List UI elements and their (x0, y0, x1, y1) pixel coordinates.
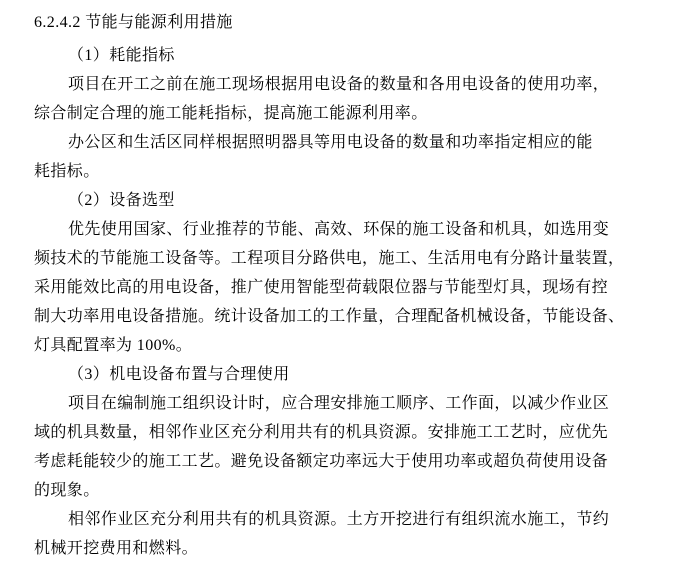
subheading-3: （3）机电设备布置与合理使用 (34, 360, 639, 389)
text-line: 域的机具数量，相邻作业区充分利用共有的机具资源。安排施工工艺时，应优先 (34, 418, 639, 447)
text-line: 项目在开工之前在施工现场根据用电设备的数量和各用电设备的使用功率， (34, 70, 639, 99)
text-line: 相邻作业区充分利用共有的机具资源。土方开挖进行有组织流水施工，节约 (34, 505, 639, 534)
subheading-1: （1）耗能指标 (34, 41, 639, 70)
section-heading: 6.2.4.2 节能与能源利用措施 (34, 8, 639, 37)
text-line: 机械开挖费用和燃料。 (34, 534, 639, 562)
text-line: 制大功率用电设备措施。统计设备加工的工作量，合理配备机械设备，节能设备、 (34, 302, 639, 331)
text-line: 考虑耗能较少的施工工艺。避免设备额定功率远大于使用功率或超负荷使用设备 (34, 447, 639, 476)
text-line: 项目在编制施工组织设计时，应合理安排施工顺序、工作面，以减少作业区 (34, 389, 639, 418)
subheading-2: （2）设备选型 (34, 186, 639, 215)
text-line: 综合制定合理的施工能耗指标，提高施工能源利用率。 (34, 99, 639, 128)
text-line: 优先使用国家、行业推荐的节能、高效、环保的施工设备和机具，如选用变 (34, 215, 639, 244)
text-line: 频技术的节能施工设备等。工程项目分路供电，施工、生活用电有分路计量装置， (34, 244, 639, 273)
text-line: 的现象。 (34, 476, 639, 505)
text-line: 灯具配置率为 100%。 (34, 331, 639, 360)
text-line: 耗指标。 (34, 157, 639, 186)
text-line: 采用能效比高的用电设备，推广使用智能型荷载限位器与节能型灯具，现场有控 (34, 273, 639, 302)
text-line: 办公区和生活区同样根据照明器具等用电设备的数量和功率指定相应的能 (34, 128, 639, 157)
document-page: 6.2.4.2 节能与能源利用措施 （1）耗能指标 项目在开工之前在施工现场根据… (0, 0, 673, 562)
